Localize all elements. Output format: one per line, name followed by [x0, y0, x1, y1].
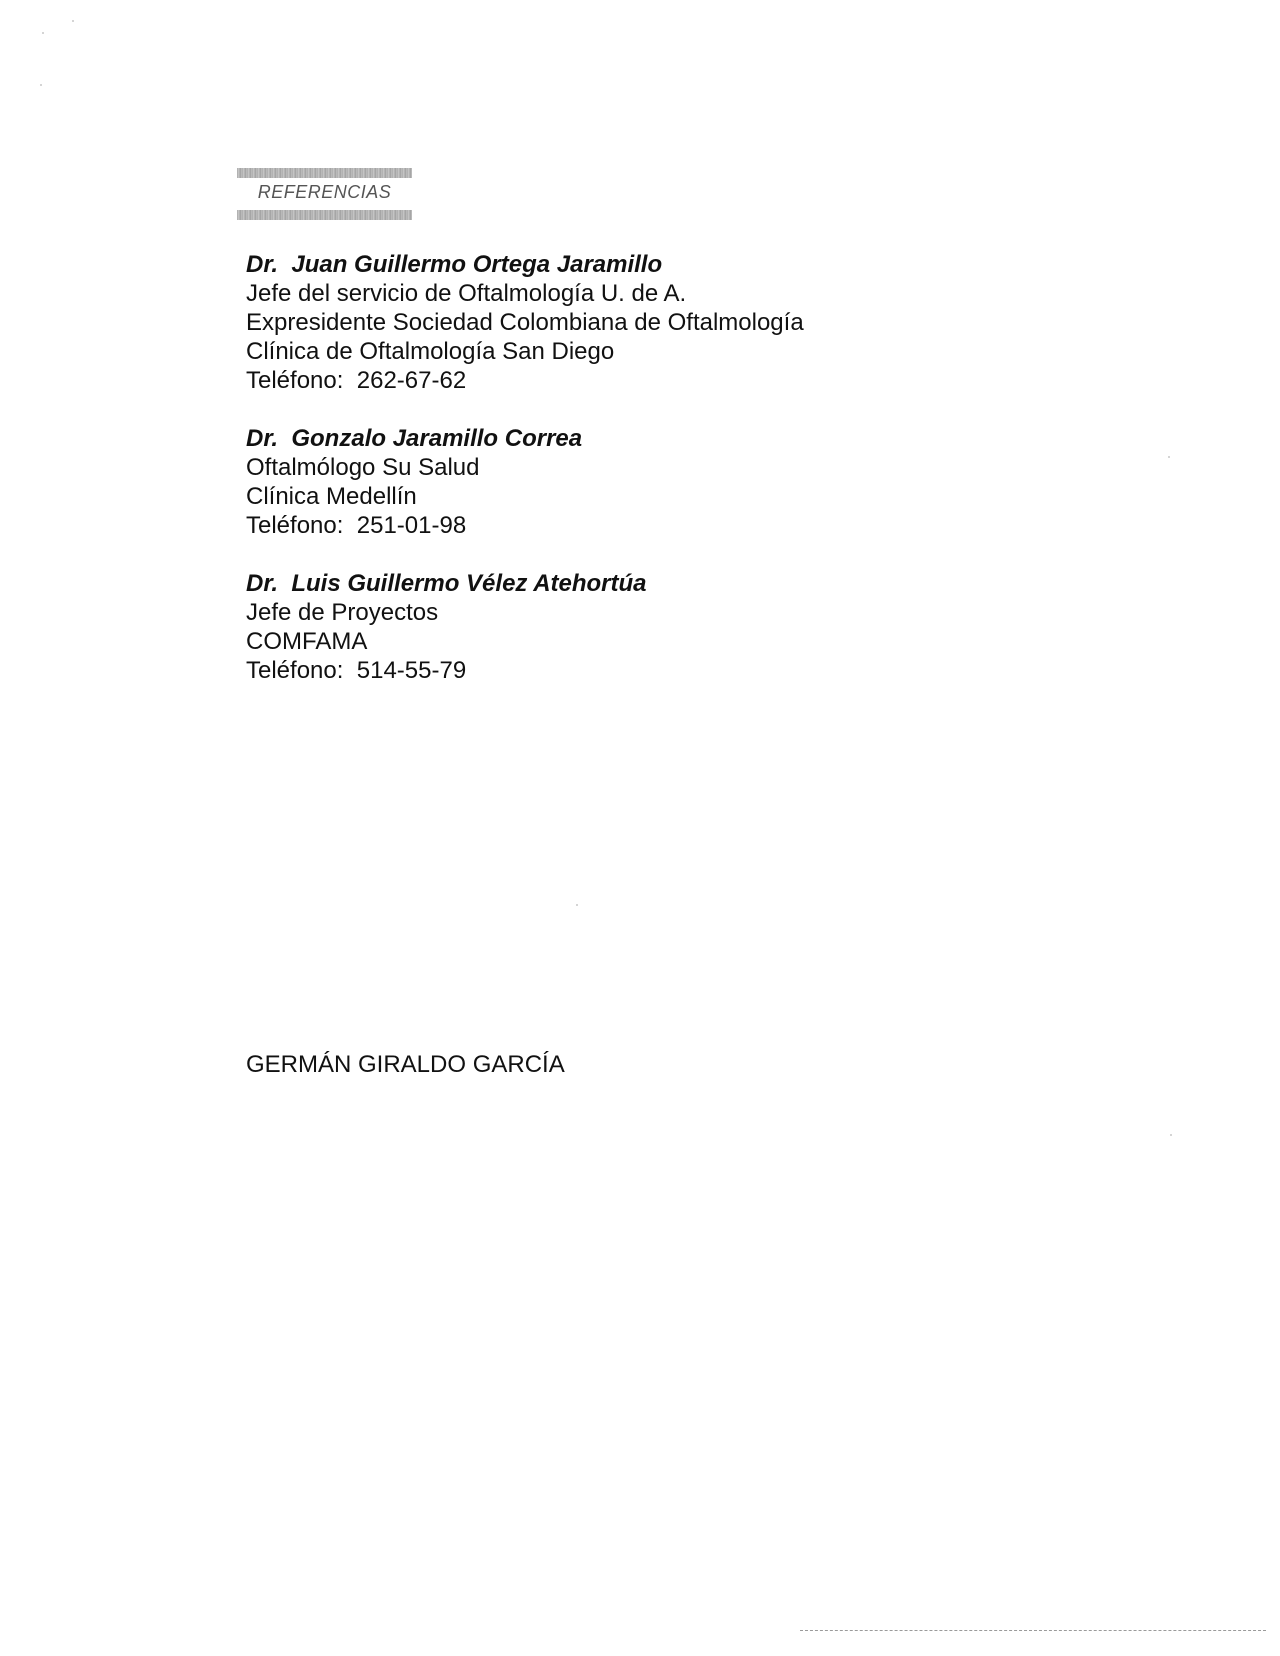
- scan-speck: [72, 20, 74, 22]
- reference-institution: Clínica de Oftalmología San Diego: [246, 337, 1046, 366]
- reference-name: Dr. Luis Guillermo Vélez Atehortúa: [246, 569, 1046, 598]
- scan-speck: [1168, 456, 1170, 458]
- scan-speck: [40, 84, 42, 86]
- reference-entry: Dr. Gonzalo Jaramillo Correa Oftalmólogo…: [246, 424, 1046, 540]
- reference-entry: Dr. Luis Guillermo Vélez Atehortúa Jefe …: [246, 569, 1046, 685]
- header-bar-top: [237, 168, 412, 178]
- scan-artifact-line: [800, 1630, 1266, 1631]
- header-bar-bottom: [237, 210, 412, 220]
- reference-entry: Dr. Juan Guillermo Ortega Jaramillo Jefe…: [246, 250, 1046, 395]
- reference-phone: Teléfono: 514-55-79: [246, 656, 1046, 685]
- references-list: Dr. Juan Guillermo Ortega Jaramillo Jefe…: [246, 250, 1046, 714]
- section-header: REFERENCIAS: [237, 166, 412, 220]
- reference-phone: Teléfono: 251-01-98: [246, 511, 1046, 540]
- reference-institution: COMFAMA: [246, 627, 1046, 656]
- signature-name: GERMÁN GIRALDO GARCÍA: [246, 1050, 565, 1079]
- scan-speck: [576, 904, 578, 906]
- reference-position: Oftalmólogo Su Salud: [246, 453, 1046, 482]
- reference-institution: Clínica Medellín: [246, 482, 1046, 511]
- reference-name: Dr. Juan Guillermo Ortega Jaramillo: [246, 250, 1046, 279]
- section-title: REFERENCIAS: [237, 181, 412, 203]
- scan-speck: [1170, 1134, 1172, 1136]
- reference-name: Dr. Gonzalo Jaramillo Correa: [246, 424, 1046, 453]
- reference-position: Jefe de Proyectos: [246, 598, 1046, 627]
- reference-position: Jefe del servicio de Oftalmología U. de …: [246, 279, 1046, 308]
- reference-position: Expresidente Sociedad Colombiana de Ofta…: [246, 308, 1046, 337]
- scan-speck: [42, 32, 44, 34]
- reference-phone: Teléfono: 262-67-62: [246, 366, 1046, 395]
